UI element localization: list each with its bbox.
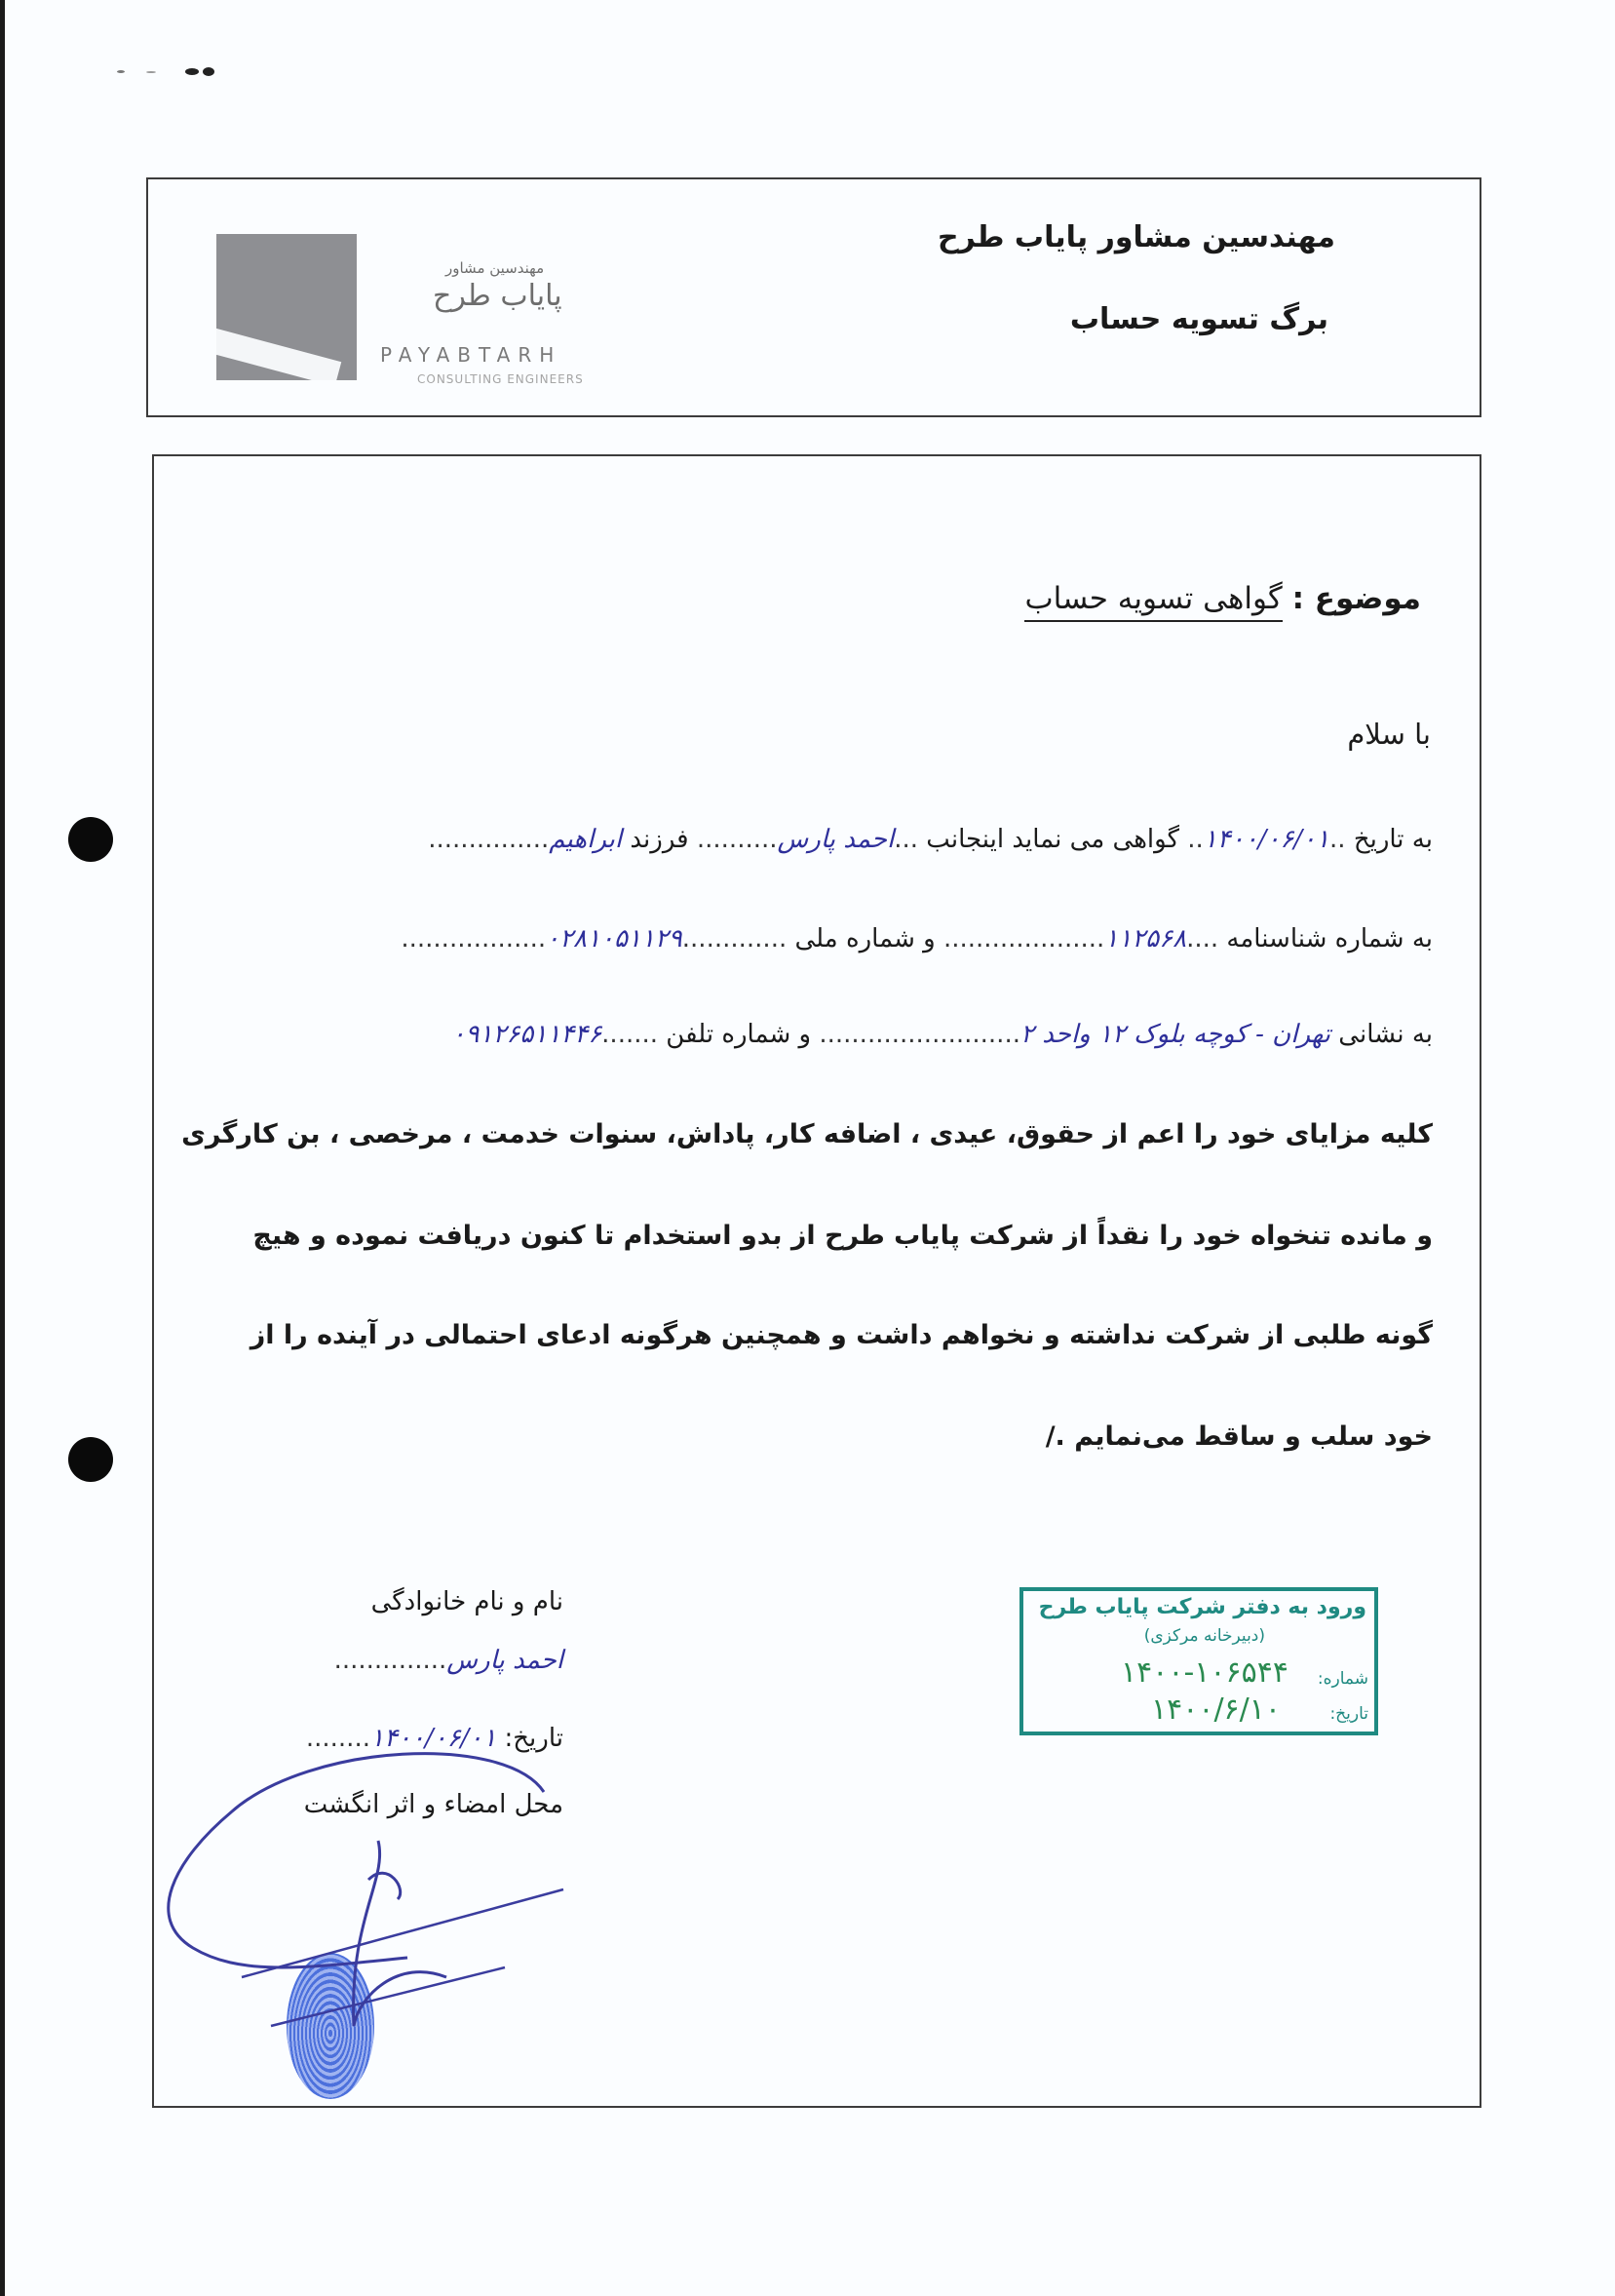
- paragraph-line-1: کلیه مزایای خود را اعم از حقوق، عیدی ، ا…: [181, 1119, 1433, 1149]
- subject-line: موضوع : گواهی تسویه حساب: [1024, 581, 1421, 616]
- stamp-number-value: ۱۴۰۰-۱۰۶۵۴۴: [1121, 1655, 1288, 1690]
- form-title: برگ تسویه حساب: [1070, 302, 1328, 336]
- subject-value: گواهی تسویه حساب: [1024, 581, 1282, 622]
- signature-block: نام و نام خانوادگی احمد پارس............…: [154, 1568, 563, 2026]
- paragraph-line-2: و مانده تنخواه خود را نقداً از شرکت پایا…: [252, 1221, 1433, 1251]
- scan-edge: [0, 0, 5, 2296]
- logo-fa-subtitle: مهندسین مشاور: [445, 259, 544, 277]
- stamp-title: ورود به دفتر شرکت پایاب طرح: [1039, 1595, 1366, 1619]
- father-name-handwritten: ابراهیم: [549, 825, 622, 854]
- signature-icon: [154, 1568, 583, 2055]
- phone-label: و شماره تلفن: [666, 1020, 811, 1049]
- phone-handwritten: ۰۹۱۲۶۵۱۱۴۴۶: [452, 1020, 602, 1049]
- date-handwritten: ۱۴۰۰/۰۶/۰۱: [1204, 825, 1329, 854]
- date-prefix: به تاریخ: [1354, 825, 1433, 854]
- address-handwritten: تهران - کوچه بلوک ۱۲ واحد ۲: [1020, 1020, 1330, 1049]
- stamp-number-label: شماره:: [1318, 1669, 1368, 1689]
- birth-cert-handwritten: ۱۱۲۵۶۸: [1104, 924, 1186, 953]
- certify-text: گواهی می نماید اینجانب: [926, 825, 1179, 854]
- logo-en-subtitle: CONSULTING ENGINEERS: [417, 372, 584, 386]
- logo-en-name: PAYABTARH: [380, 343, 561, 367]
- form-line-3: به نشانی تهران - کوچه بلوک ۱۲ واحد ۲....…: [452, 1020, 1433, 1049]
- header-box: مهندسین مشاور پایاب طرح PAYABTARH CONSUL…: [146, 177, 1481, 417]
- national-id-label: و شماره ملی: [795, 924, 936, 953]
- company-title: مهندسین مشاور پایاب طرح: [938, 220, 1335, 254]
- punch-hole-bottom: [68, 1437, 113, 1482]
- stamp-date-value: ۱۴۰۰/۶/۱۰: [1151, 1693, 1281, 1727]
- company-logo: مهندسین مشاور پایاب طرح PAYABTARH CONSUL…: [216, 234, 665, 390]
- paragraph-line-4: خود سلب و ساقط می‌نمایم ./: [1046, 1421, 1433, 1452]
- name-handwritten: احمد پارس: [778, 825, 895, 854]
- stamp-date-label: تاریخ:: [1329, 1704, 1368, 1724]
- son-of-label: فرزند: [630, 825, 688, 854]
- address-label: به نشانی: [1338, 1020, 1433, 1049]
- greeting: با سلام: [1347, 718, 1431, 751]
- paragraph-line-3: گونه طلبی از شرکت نداشته و نخواهم داشت و…: [250, 1320, 1433, 1350]
- logo-fa-name: پایاب طرح: [433, 279, 562, 313]
- form-line-1: به تاریخ ..۱۴۰۰/۰۶/۰۱.. گواهی می نماید ا…: [428, 825, 1433, 854]
- stamp-subtitle: (دبیرخانه مرکزی): [1144, 1626, 1265, 1646]
- punch-hole-top: [68, 817, 113, 862]
- birth-cert-label: به شماره شناسنامه: [1226, 924, 1433, 953]
- scan-smudge: [117, 66, 224, 78]
- registry-stamp: ورود به دفتر شرکت پایاب طرح (دبیرخانه مر…: [1019, 1587, 1378, 1735]
- form-line-2: به شماره شناسنامه ....۱۱۲۵۶۸............…: [401, 924, 1433, 953]
- logo-mark-icon: [216, 234, 357, 380]
- national-id-handwritten: ۰۲۸۱۰۵۱۱۲۹: [546, 924, 682, 953]
- subject-label: موضوع :: [1292, 581, 1421, 616]
- body-box: موضوع : گواهی تسویه حساب با سلام به تاری…: [152, 454, 1481, 2108]
